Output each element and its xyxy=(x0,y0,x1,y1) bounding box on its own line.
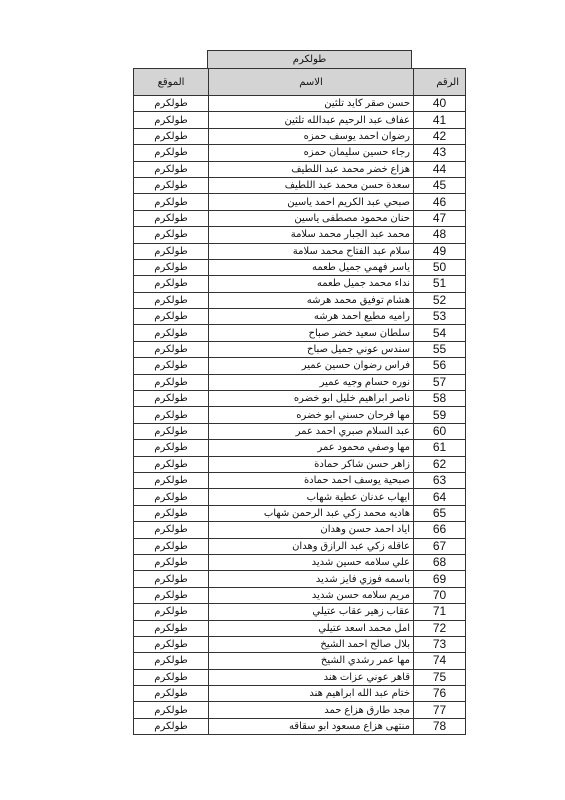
row-name: مريم سلامه حسن شديد xyxy=(209,587,414,603)
row-location: طولكرم xyxy=(134,636,209,652)
row-name: عاقله زكي عبد الرازق وهدان xyxy=(209,538,414,554)
table-row: 43رجاء حسين سليمان حمزهطولكرم xyxy=(134,145,466,161)
row-name: راميه مطيع احمد هرشه xyxy=(209,309,414,325)
table-row: 58ناصر ابراهيم خليل ابو خضرهطولكرم xyxy=(134,391,466,407)
table-row: 47حنان محمود مصطفى ياسينطولكرم xyxy=(134,210,466,226)
row-name: صبحي عبد الكريم احمد ياسين xyxy=(209,194,414,210)
column-header-location: الموقع xyxy=(134,69,209,96)
table-row: 74مها عمر رشدي الشيخطولكرم xyxy=(134,653,466,669)
table-row: 53راميه مطيع احمد هرشهطولكرم xyxy=(134,309,466,325)
row-name: هشام توفيق محمد هرشه xyxy=(209,292,414,308)
row-number: 68 xyxy=(414,554,466,570)
table-row: 44هزاع خضر محمد عبد اللطيفطولكرم xyxy=(134,161,466,177)
row-number: 63 xyxy=(414,472,466,488)
row-location: طولكرم xyxy=(134,96,209,112)
table-row: 54سلطان سعيد خضر صباحطولكرم xyxy=(134,325,466,341)
row-location: طولكرم xyxy=(134,620,209,636)
row-location: طولكرم xyxy=(134,554,209,570)
table-row: 62زاهر حسن شاكر حمادةطولكرم xyxy=(134,456,466,472)
roster-table: الرقم الاسم الموقع 40حسن صقر كايد تلثينط… xyxy=(133,68,466,735)
row-location: طولكرم xyxy=(134,161,209,177)
row-name: علي سلامه حسين شديد xyxy=(209,554,414,570)
row-number: 58 xyxy=(414,391,466,407)
table-row: 61مها وصفي محمود عمرطولكرم xyxy=(134,440,466,456)
table-row: 72امل محمد اسعد عتيليطولكرم xyxy=(134,620,466,636)
row-name: سعدة حسن محمد عبد اللطيف xyxy=(209,177,414,193)
row-name: قاهر عوني عزات هند xyxy=(209,669,414,685)
row-location: طولكرم xyxy=(134,407,209,423)
row-location: طولكرم xyxy=(134,259,209,275)
row-number: 60 xyxy=(414,423,466,439)
row-number: 47 xyxy=(414,210,466,226)
row-location: طولكرم xyxy=(134,587,209,603)
row-number: 59 xyxy=(414,407,466,423)
row-name: امل محمد اسعد عتيلي xyxy=(209,620,414,636)
table-row: 75قاهر عوني عزات هندطولكرم xyxy=(134,669,466,685)
row-location: طولكرم xyxy=(134,571,209,587)
row-number: 61 xyxy=(414,440,466,456)
column-header-number: الرقم xyxy=(414,69,466,96)
row-number: 73 xyxy=(414,636,466,652)
table-row: 46صبحي عبد الكريم احمد ياسينطولكرم xyxy=(134,194,466,210)
table-row: 77مجد طارق هزاع حمدطولكرم xyxy=(134,702,466,718)
row-name: منتهى هزاع مسعود ابو سقاقه xyxy=(209,718,414,734)
row-location: طولكرم xyxy=(134,686,209,702)
table-row: 56فراس رضوان حسين عميرطولكرم xyxy=(134,358,466,374)
row-location: طولكرم xyxy=(134,653,209,669)
row-number: 67 xyxy=(414,538,466,554)
row-location: طولكرم xyxy=(134,194,209,210)
row-number: 45 xyxy=(414,177,466,193)
row-location: طولكرم xyxy=(134,522,209,538)
row-location: طولكرم xyxy=(134,128,209,144)
table-row: 42رضوان احمد يوسف حمزهطولكرم xyxy=(134,128,466,144)
table-row: 45سعدة حسن محمد عبد اللطيفطولكرم xyxy=(134,177,466,193)
row-location: طولكرم xyxy=(134,243,209,259)
row-location: طولكرم xyxy=(134,145,209,161)
row-name: باسمه فوزي فايز شديد xyxy=(209,571,414,587)
row-name: بلال صالح احمد الشيخ xyxy=(209,636,414,652)
row-number: 40 xyxy=(414,96,466,112)
row-location: طولكرم xyxy=(134,276,209,292)
row-number: 48 xyxy=(414,227,466,243)
row-number: 72 xyxy=(414,620,466,636)
row-name: مها وصفي محمود عمر xyxy=(209,440,414,456)
table-row: 65هاديه محمد زكي عبد الرحمن شهابطولكرم xyxy=(134,505,466,521)
row-name: صبحية يوسف احمد حمادة xyxy=(209,472,414,488)
row-name: مجد طارق هزاع حمد xyxy=(209,702,414,718)
row-name: سندس عوني جميل صباح xyxy=(209,341,414,357)
row-location: طولكرم xyxy=(134,472,209,488)
row-location: طولكرم xyxy=(134,440,209,456)
table-body: 40حسن صقر كايد تلثينطولكرم41عفاف عبد الر… xyxy=(134,96,466,735)
table-row: 51نداء محمد جميل طعمهطولكرم xyxy=(134,276,466,292)
row-name: محمد عبد الجبار محمد سلامة xyxy=(209,227,414,243)
row-location: طولكرم xyxy=(134,538,209,554)
row-location: طولكرم xyxy=(134,489,209,505)
row-number: 53 xyxy=(414,309,466,325)
table-row: 57نوره حسام وجيه عميرطولكرم xyxy=(134,374,466,390)
table-row: 63صبحية يوسف احمد حمادةطولكرم xyxy=(134,472,466,488)
row-number: 57 xyxy=(414,374,466,390)
row-location: طولكرم xyxy=(134,341,209,357)
row-number: 76 xyxy=(414,686,466,702)
table-row: 78منتهى هزاع مسعود ابو سقاقهطولكرم xyxy=(134,718,466,734)
row-location: طولكرم xyxy=(134,718,209,734)
header-row: الرقم الاسم الموقع xyxy=(134,69,466,96)
table-row: 73بلال صالح احمد الشيخطولكرم xyxy=(134,636,466,652)
row-number: 49 xyxy=(414,243,466,259)
table-row: 59مها فرحان حسني ابو خضرهطولكرم xyxy=(134,407,466,423)
table-title: طولكرم xyxy=(207,50,412,68)
row-number: 54 xyxy=(414,325,466,341)
row-name: سلام عبد الفتاح محمد سلامة xyxy=(209,243,414,259)
row-number: 71 xyxy=(414,604,466,620)
row-number: 75 xyxy=(414,669,466,685)
row-location: طولكرم xyxy=(134,423,209,439)
row-name: رجاء حسين سليمان حمزه xyxy=(209,145,414,161)
row-number: 44 xyxy=(414,161,466,177)
table-row: 68علي سلامه حسين شديدطولكرم xyxy=(134,554,466,570)
row-number: 62 xyxy=(414,456,466,472)
column-header-name: الاسم xyxy=(209,69,414,96)
row-name: فراس رضوان حسين عمير xyxy=(209,358,414,374)
row-location: طولكرم xyxy=(134,177,209,193)
table-row: 49سلام عبد الفتاح محمد سلامةطولكرم xyxy=(134,243,466,259)
row-name: هاديه محمد زكي عبد الرحمن شهاب xyxy=(209,505,414,521)
row-name: حسن صقر كايد تلثين xyxy=(209,96,414,112)
row-name: نوره حسام وجيه عمير xyxy=(209,374,414,390)
row-location: طولكرم xyxy=(134,358,209,374)
table-row: 70مريم سلامه حسن شديدطولكرم xyxy=(134,587,466,603)
row-number: 70 xyxy=(414,587,466,603)
row-number: 50 xyxy=(414,259,466,275)
row-number: 69 xyxy=(414,571,466,587)
row-name: حنان محمود مصطفى ياسين xyxy=(209,210,414,226)
row-name: سلطان سعيد خضر صباح xyxy=(209,325,414,341)
row-number: 52 xyxy=(414,292,466,308)
row-number: 66 xyxy=(414,522,466,538)
table-row: 76ختام عبد الله ابراهيم هندطولكرم xyxy=(134,686,466,702)
row-number: 46 xyxy=(414,194,466,210)
row-number: 74 xyxy=(414,653,466,669)
row-number: 65 xyxy=(414,505,466,521)
row-number: 51 xyxy=(414,276,466,292)
row-location: طولكرم xyxy=(134,456,209,472)
row-name: اياد احمد حسن وهدان xyxy=(209,522,414,538)
row-location: طولكرم xyxy=(134,391,209,407)
table-row: 50ياسر فهمي جميل طعمهطولكرم xyxy=(134,259,466,275)
row-number: 64 xyxy=(414,489,466,505)
row-number: 55 xyxy=(414,341,466,357)
row-location: طولكرم xyxy=(134,227,209,243)
row-location: طولكرم xyxy=(134,505,209,521)
row-name: ياسر فهمي جميل طعمه xyxy=(209,259,414,275)
row-number: 41 xyxy=(414,112,466,128)
table-row: 52هشام توفيق محمد هرشهطولكرم xyxy=(134,292,466,308)
row-location: طولكرم xyxy=(134,112,209,128)
table-row: 69باسمه فوزي فايز شديدطولكرم xyxy=(134,571,466,587)
table-row: 71عقاب زهير عقاب عتيليطولكرم xyxy=(134,604,466,620)
table-row: 60عبد السلام صبري احمد عمرطولكرم xyxy=(134,423,466,439)
row-name: ايهاب عدنان عطية شهاب xyxy=(209,489,414,505)
row-number: 77 xyxy=(414,702,466,718)
table-row: 67عاقله زكي عبد الرازق وهدانطولكرم xyxy=(134,538,466,554)
row-name: مها فرحان حسني ابو خضره xyxy=(209,407,414,423)
table-row: 41عفاف عبد الرحيم عبدالله تلثينطولكرم xyxy=(134,112,466,128)
row-name: عفاف عبد الرحيم عبدالله تلثين xyxy=(209,112,414,128)
row-number: 78 xyxy=(414,718,466,734)
row-location: طولكرم xyxy=(134,669,209,685)
row-name: هزاع خضر محمد عبد اللطيف xyxy=(209,161,414,177)
row-location: طولكرم xyxy=(134,309,209,325)
row-location: طولكرم xyxy=(134,604,209,620)
row-location: طولكرم xyxy=(134,210,209,226)
row-location: طولكرم xyxy=(134,374,209,390)
table-row: 64ايهاب عدنان عطية شهابطولكرم xyxy=(134,489,466,505)
row-name: نداء محمد جميل طعمه xyxy=(209,276,414,292)
row-location: طولكرم xyxy=(134,702,209,718)
table-row: 66اياد احمد حسن وهدانطولكرم xyxy=(134,522,466,538)
row-number: 43 xyxy=(414,145,466,161)
row-location: طولكرم xyxy=(134,325,209,341)
row-name: مها عمر رشدي الشيخ xyxy=(209,653,414,669)
table-row: 48محمد عبد الجبار محمد سلامةطولكرم xyxy=(134,227,466,243)
row-name: ناصر ابراهيم خليل ابو خضره xyxy=(209,391,414,407)
row-location: طولكرم xyxy=(134,292,209,308)
row-name: زاهر حسن شاكر حمادة xyxy=(209,456,414,472)
row-name: عبد السلام صبري احمد عمر xyxy=(209,423,414,439)
row-number: 56 xyxy=(414,358,466,374)
row-name: عقاب زهير عقاب عتيلي xyxy=(209,604,414,620)
row-name: ختام عبد الله ابراهيم هند xyxy=(209,686,414,702)
table-row: 40حسن صقر كايد تلثينطولكرم xyxy=(134,96,466,112)
row-name: رضوان احمد يوسف حمزه xyxy=(209,128,414,144)
table-row: 55سندس عوني جميل صباحطولكرم xyxy=(134,341,466,357)
row-number: 42 xyxy=(414,128,466,144)
